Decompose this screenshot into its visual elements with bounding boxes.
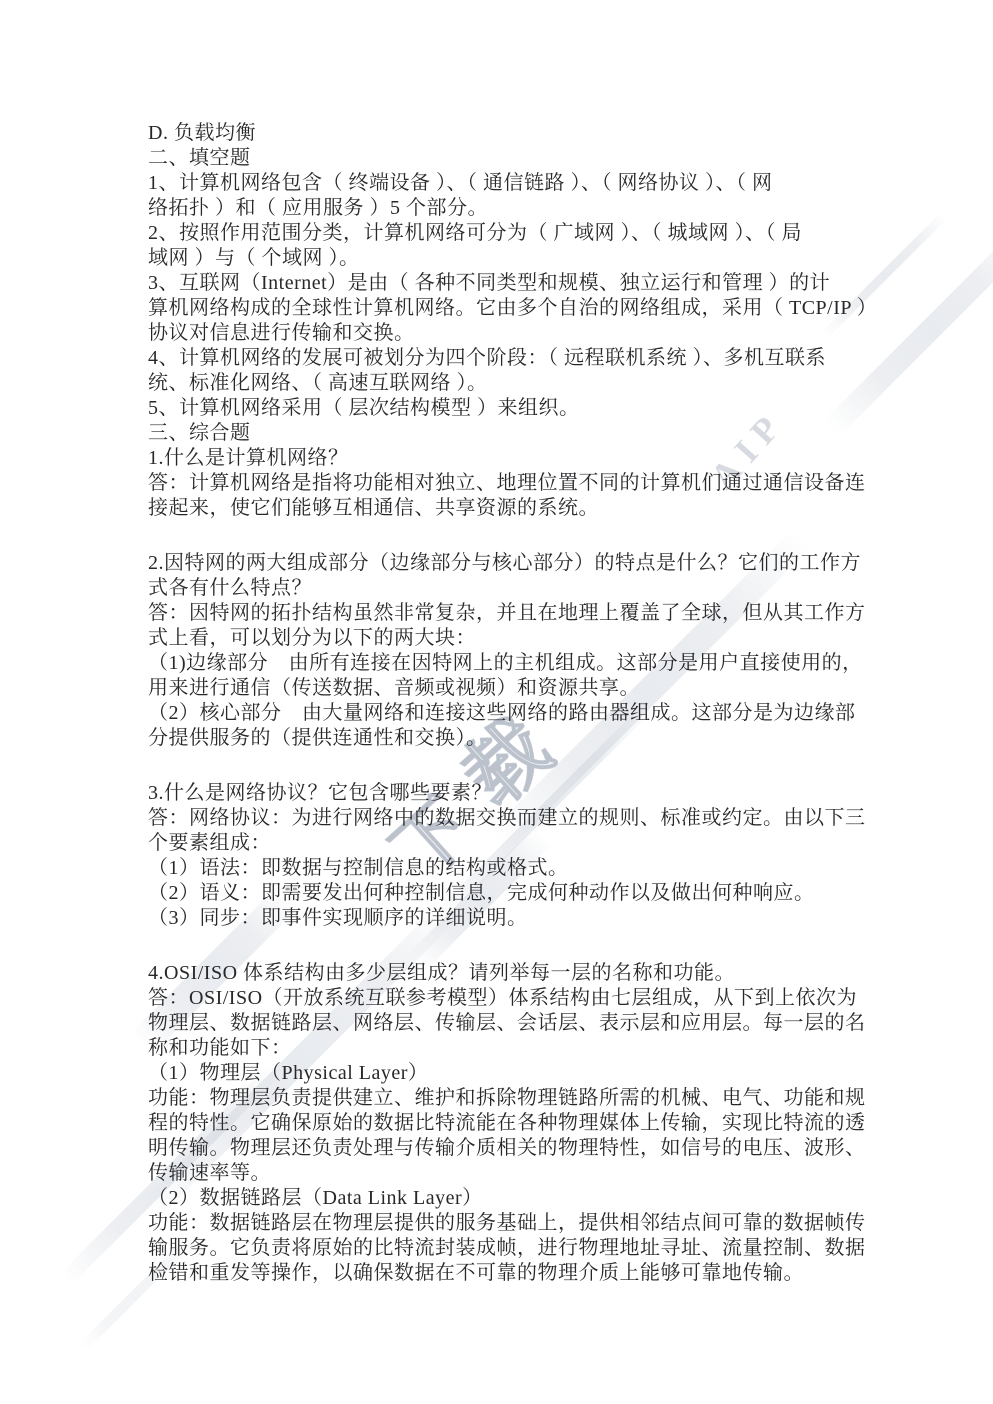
text-line: （2）数据链路层（Data Link Layer） (148, 1186, 878, 1211)
text-line: 程的特性。它确保原始的数据比特流能在各种物理媒体上传输，实现比特流的透 (148, 1111, 878, 1136)
text-line: 5、计算机网络采用（ 层次结构模型 ）来组织。 (148, 396, 878, 421)
paragraph-gap (148, 521, 878, 551)
text-line: 用来进行通信（传送数据、音频或视频）和资源共享。 (148, 676, 878, 701)
text-line: 2.因特网的两大组成部分（边缘部分与核心部分）的特点是什么？它们的工作方 (148, 551, 878, 576)
text-line: 输服务。它负责将原始的比特流封装成帧，进行物理地址寻址、流量控制、数据 (148, 1236, 878, 1261)
text-line: 式各有什么特点？ (148, 576, 878, 601)
text-line: D. 负载均衡 (148, 121, 878, 146)
paragraph-gap (148, 931, 878, 961)
text-line: 物理层、数据链路层、网络层、传输层、会话层、表示层和应用层。每一层的名 (148, 1011, 878, 1036)
text-line: 称和功能如下： (148, 1036, 878, 1061)
text-line: （1）物理层（Physical Layer） (148, 1061, 878, 1086)
text-line: 个要素组成： (148, 831, 878, 856)
text-line: 答：网络协议：为进行网络中的数据交换而建立的规则、标准或约定。由以下三 (148, 806, 878, 831)
text-line: 明传输。物理层还负责处理与传输介质相关的物理特性，如信号的电压、波形、 (148, 1136, 878, 1161)
text-line: 检错和重发等操作，以确保数据在不可靠的物理介质上能够可靠地传输。 (148, 1261, 878, 1286)
text-line: 分提供服务的（提供连通性和交换）。 (148, 726, 878, 751)
text-line: 3.什么是网络协议？它包含哪些要素？ (148, 781, 878, 806)
text-line: 答：因特网的拓扑结构虽然非常复杂，并且在地理上覆盖了全球，但从其工作方 (148, 601, 878, 626)
text-line: 算机网络构成的全球性计算机网络。它由多个自治的网络组成，采用（ TCP/IP ） (148, 296, 878, 321)
text-line: 答：计算机网络是指将功能相对独立、地理位置不同的计算机们通过通信设备连 (148, 471, 878, 496)
text-line: 3、互联网（Internet）是由（ 各种不同类型和规模、独立运行和管理 ）的计 (148, 271, 878, 296)
text-line: 1.什么是计算机网络？ (148, 446, 878, 471)
text-line: 4.OSI/ISO 体系结构由多少层组成？请列举每一层的名称和功能。 (148, 961, 878, 986)
text-line: 协议对信息进行传输和交换。 (148, 321, 878, 346)
text-line: 传输速率等。 (148, 1161, 878, 1186)
text-line: 二、填空题 (148, 146, 878, 171)
text-line: 4、计算机网络的发展可被划分为四个阶段：（ 远程联机系统 ）、多机互联系 (148, 346, 878, 371)
text-line: （2）核心部分 由大量网络和连接这些网络的路由器组成。这部分是为边缘部 (148, 701, 878, 726)
text-line: 功能：物理层负责提供建立、维护和拆除物理链路所需的机械、电气、功能和规 (148, 1086, 878, 1111)
text-line: （1)边缘部分 由所有连接在因特网上的主机组成。这部分是用户直接使用的， (148, 651, 878, 676)
document-page: 下 载 AIP D. 负载均衡二、填空题1、计算机网络包含（ 终端设备 ）、（ … (0, 0, 993, 1404)
text-line: 络拓扑 ）和（ 应用服务 ）5 个部分。 (148, 196, 878, 221)
text-line: 1、计算机网络包含（ 终端设备 ）、（ 通信链路 ）、（ 网络协议 ）、（ 网 (148, 171, 878, 196)
text-line: （1）语法：即数据与控制信息的结构或格式。 (148, 856, 878, 881)
paragraph-gap (148, 751, 878, 781)
text-line: （2）语义：即需要发出何种控制信息，完成何种动作以及做出何种响应。 (148, 881, 878, 906)
text-line: 三、综合题 (148, 421, 878, 446)
text-line: 2、按照作用范围分类，计算机网络可分为（ 广域网 ）、（ 城域网 ）、（ 局 (148, 221, 878, 246)
text-line: 功能：数据链路层在物理层提供的服务基础上，提供相邻结点间可靠的数据帧传 (148, 1211, 878, 1236)
text-line: 式上看，可以划分为以下的两大块： (148, 626, 878, 651)
text-line: 统、标准化网络、（ 高速互联网络 ）。 (148, 371, 878, 396)
text-line: 接起来，使它们能够互相通信、共享资源的系统。 (148, 496, 878, 521)
text-line: 答：OSI/ISO（开放系统互联参考模型）体系结构由七层组成，从下到上依次为 (148, 986, 878, 1011)
text-line: 域网 ）与（ 个域网 ）。 (148, 246, 878, 271)
text-line: （3）同步：即事件实现顺序的详细说明。 (148, 906, 878, 931)
document-text-body: D. 负载均衡二、填空题1、计算机网络包含（ 终端设备 ）、（ 通信链路 ）、（… (148, 121, 878, 1286)
